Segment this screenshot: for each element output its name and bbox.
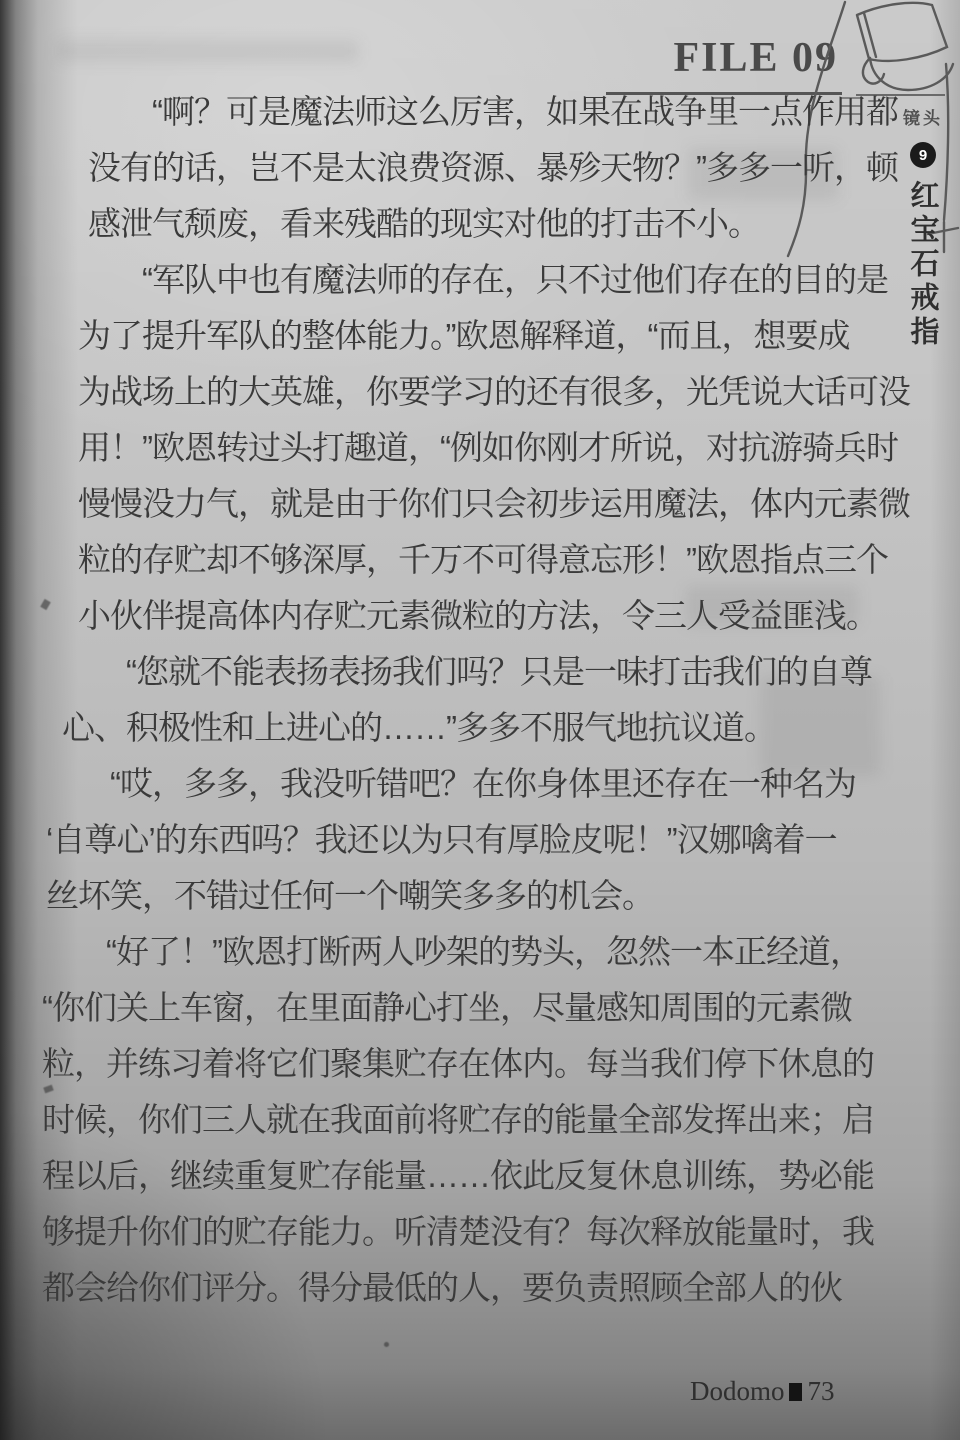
text-line: “军队中也有魔法师的存在，只不过他们存在的目的是	[78, 252, 960, 308]
paragraph: “哎，多多，我没听错吧？在你身体里还存在一种名为 ‘自尊心’的东西吗？我还以为只…	[46, 756, 960, 924]
text-line: “您就不能表扬表扬我们吗？只是一味打击我们的自尊	[62, 644, 960, 700]
text-line: “哎，多多，我没听错吧？在你身体里还存在一种名为	[46, 756, 960, 812]
text-line: 时候，你们三人就在我面前将贮存的能量全部发挥出来；启	[42, 1092, 960, 1148]
book-page-photo: FILE 09 镜头 9 红宝石戒指 “啊？可是魔法师这么厉害，如果在战争里一点…	[0, 0, 960, 1440]
dust-speck	[384, 1342, 389, 1347]
text-line: “你们关上车窗，在里面静心打坐，尽量感知周围的元素微	[42, 980, 960, 1036]
text-line: 粒，并练习着将它们聚集贮存在体内。每当我们停下休息的	[42, 1036, 960, 1092]
text-line: 为了提升军队的整体能力。”欧恩解释道，“而且，想要成	[78, 308, 960, 364]
text-line: 没有的话，岂不是太浪费资源、暴殄天物？”多多一听，顿	[88, 140, 960, 196]
paragraph: “啊？可是魔法师这么厉害，如果在战争里一点作用都 没有的话，岂不是太浪费资源、暴…	[88, 84, 960, 252]
text-line: 心、积极性和上进心的……”多多不服气地抗议道。	[62, 700, 960, 756]
text-line: 够提升你们的贮存能力。听清楚没有？每次释放能量时，我	[42, 1204, 960, 1260]
text-line: “啊？可是魔法师这么厉害，如果在战争里一点作用都	[88, 84, 960, 140]
publisher-brand: Dodomo	[690, 1376, 785, 1407]
page-footer: Dodomo 73	[690, 1376, 835, 1407]
footer-square-icon	[789, 1383, 802, 1401]
page-number: 73	[808, 1376, 835, 1407]
paragraph: “好了！”欧恩打断两人吵架的势头，忽然一本正经道， “你们关上车窗，在里面静心打…	[42, 924, 960, 1316]
body-text-block: “啊？可是魔法师这么厉害，如果在战争里一点作用都 没有的话，岂不是太浪费资源、暴…	[0, 84, 960, 1316]
text-line: “好了！”欧恩打断两人吵架的势头，忽然一本正经道，	[42, 924, 960, 980]
text-line: 小伙伴提高体内存贮元素微粒的方法，令三人受益匪浅。	[78, 588, 960, 644]
paragraph: “军队中也有魔法师的存在，只不过他们存在的目的是 为了提升军队的整体能力。”欧恩…	[78, 252, 960, 644]
text-line: 为战场上的大英雄，你要学习的还有很多，光凭说大话可没	[78, 364, 960, 420]
text-line: ‘自尊心’的东西吗？我还以为只有厚脸皮呢！”汉娜噙着一	[46, 812, 960, 868]
text-line: 丝坏笑，不错过任何一个嘲笑多多的机会。	[46, 868, 960, 924]
text-line: 感泄气颓废，看来残酷的现实对他的打击不小。	[88, 196, 960, 252]
text-line: 粒的存贮却不够深厚，千万不可得意忘形！”欧恩指点三个	[78, 532, 960, 588]
text-line: 用！”欧恩转过头打趣道，“例如你刚才所说，对抗游骑兵时	[78, 420, 960, 476]
text-line: 都会给你们评分。得分最低的人，要负责照顾全部人的伙	[42, 1260, 960, 1316]
text-line: 程以后，继续重复贮存能量……依此反复休息训练，势必能	[42, 1148, 960, 1204]
text-line: 慢慢没力气，就是由于你们只会初步运用魔法，体内元素微	[78, 476, 960, 532]
paragraph: “您就不能表扬表扬我们吗？只是一味打击我们的自尊 心、积极性和上进心的……”多多…	[62, 644, 960, 756]
bleed-through-mark	[58, 40, 358, 62]
